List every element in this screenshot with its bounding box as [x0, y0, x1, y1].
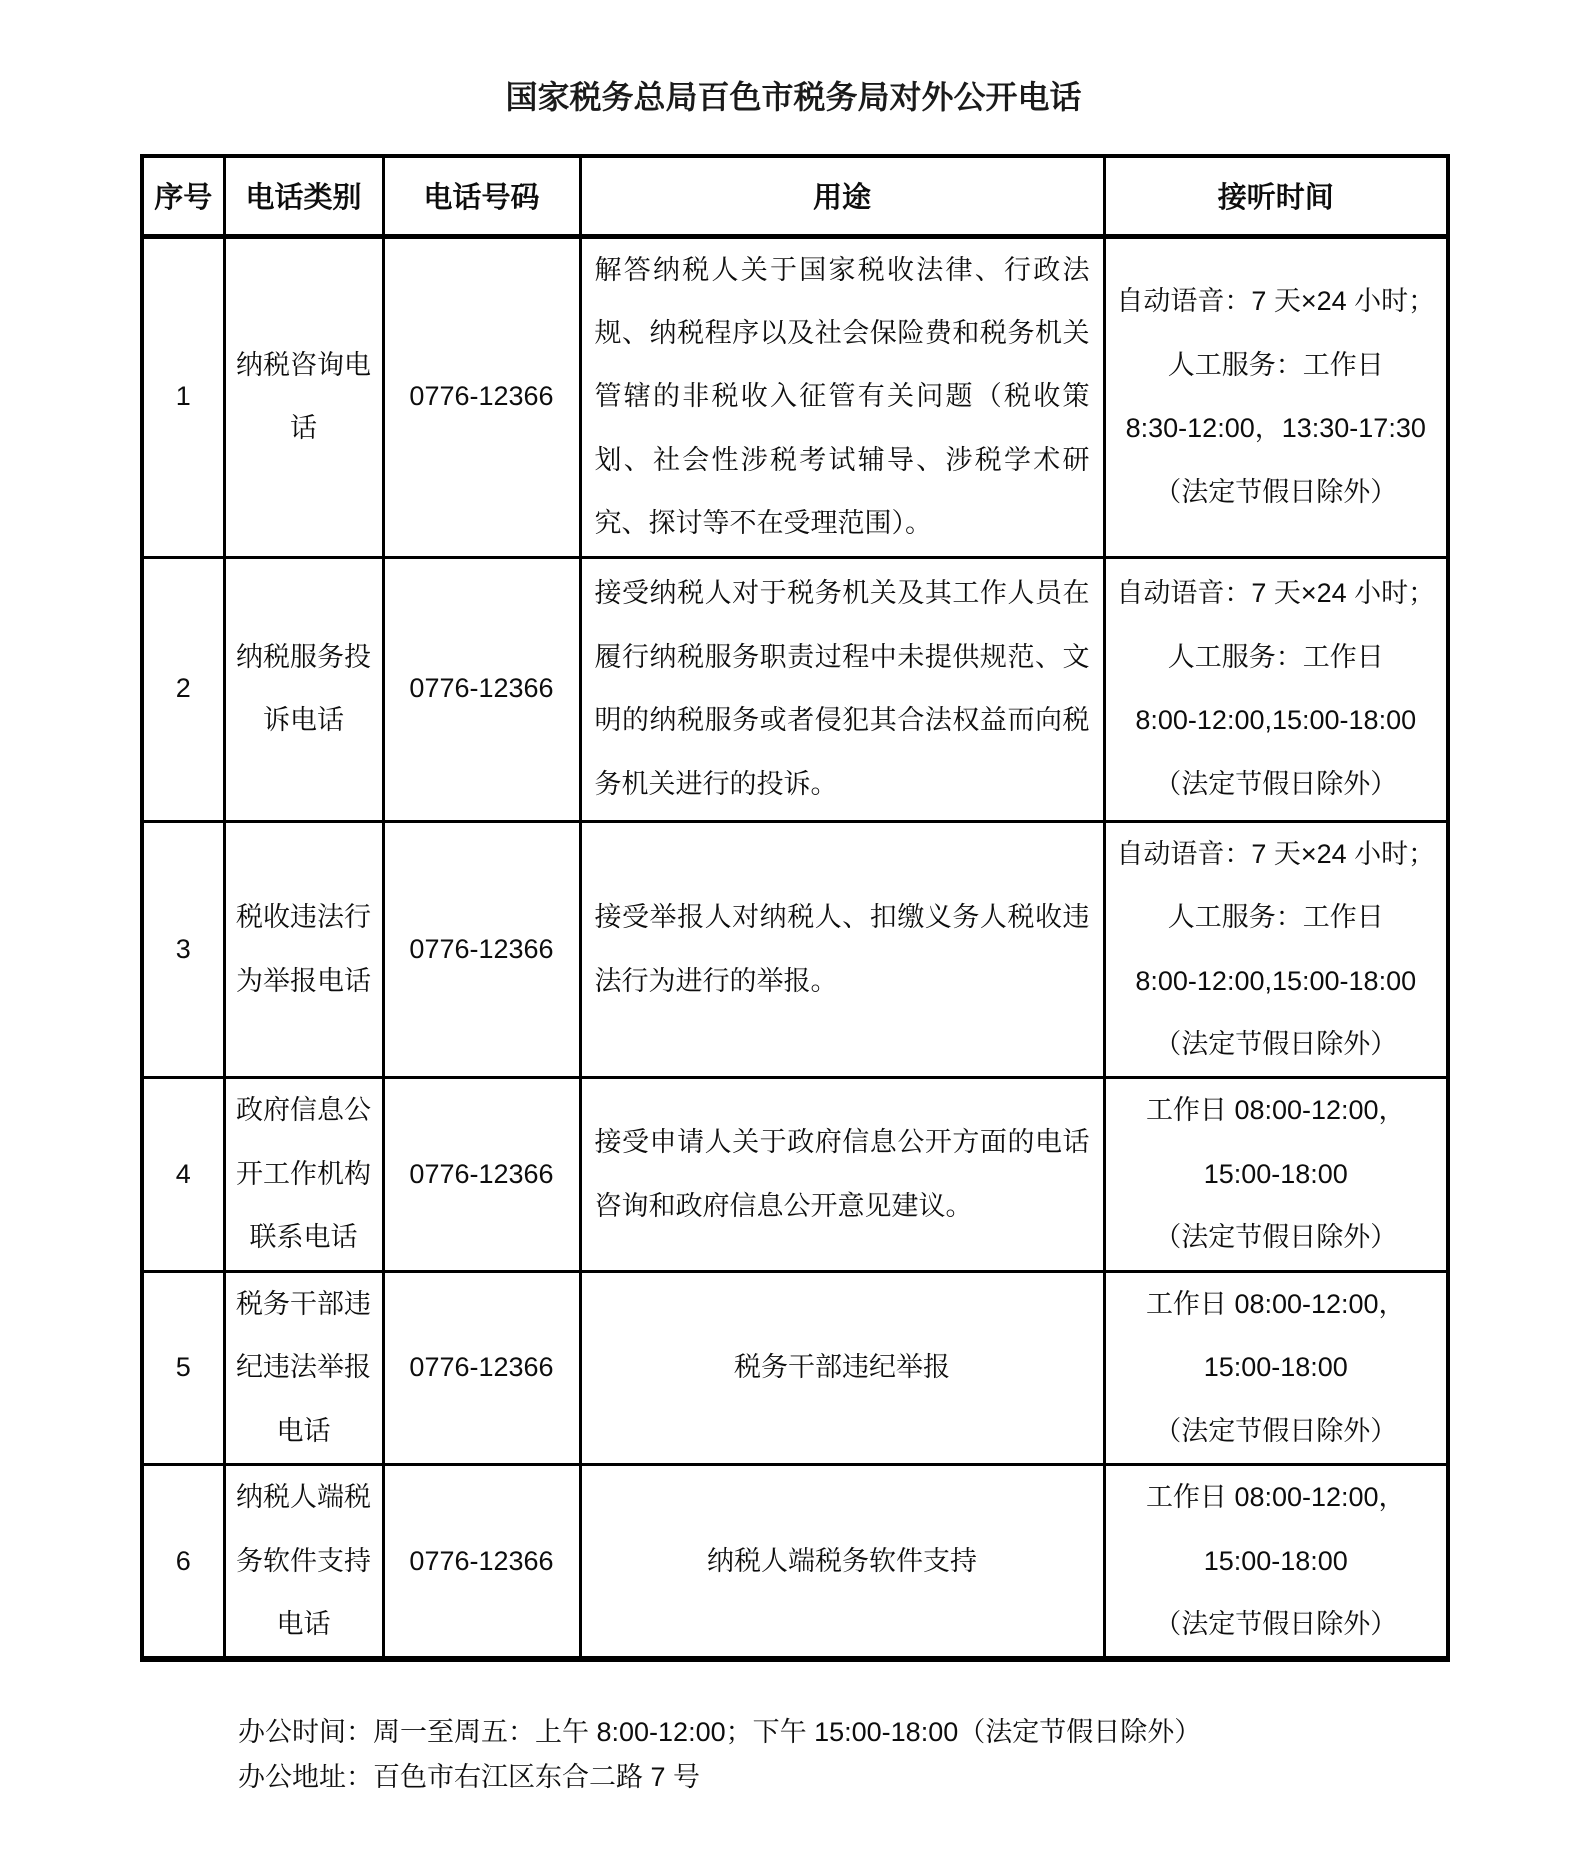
- time-line: 人工服务：工作日: [1112, 626, 1441, 689]
- time-line: （法定节假日除外）: [1112, 753, 1441, 816]
- cell-phone-number: 0776-12366: [383, 557, 580, 821]
- cell-purpose: 接受举报人对纳税人、扣缴义务人税收违法行为进行的举报。: [580, 821, 1104, 1078]
- office-address-note: 办公地址：百色市右江区东合二路 7 号: [238, 1755, 1587, 1800]
- time-line: 工作日 08:00-12:00，: [1112, 1079, 1441, 1142]
- table-row: 5 税务干部违纪违法举报电话 0776-12366 税务干部违纪举报 工作日 0…: [142, 1271, 1448, 1464]
- cell-purpose: 纳税人端税务软件支持: [580, 1465, 1104, 1660]
- col-header-seq: 序号: [142, 156, 224, 236]
- table-row: 3 税收违法行为举报电话 0776-12366 接受举报人对纳税人、扣缴义务人税…: [142, 821, 1448, 1078]
- time-line: 8:00-12:00,15:00-18:00: [1112, 689, 1441, 752]
- cell-answer-time: 自动语音：7 天×24 小时； 人工服务：工作日 8:00-12:00,15:0…: [1104, 557, 1448, 821]
- time-line: 15:00-18:00: [1112, 1530, 1441, 1593]
- time-line: （法定节假日除外）: [1112, 1593, 1441, 1656]
- table-row: 1 纳税咨询电话 0776-12366 解答纳税人关于国家税收法律、行政法规、纳…: [142, 236, 1448, 557]
- cell-answer-time: 工作日 08:00-12:00， 15:00-18:00 （法定节假日除外）: [1104, 1271, 1448, 1464]
- col-header-time: 接听时间: [1104, 156, 1448, 236]
- cell-seq: 5: [142, 1271, 224, 1464]
- time-line: 人工服务：工作日: [1112, 334, 1441, 397]
- cell-purpose: 解答纳税人关于国家税收法律、行政法规、纳税程序以及社会保险费和税务机关管辖的非税…: [580, 236, 1104, 557]
- footer-notes: 办公时间：周一至周五：上午 8:00-12:00；下午 15:00-18:00（…: [238, 1710, 1587, 1799]
- cell-phone-number: 0776-12366: [383, 236, 580, 557]
- cell-category: 税务干部违纪违法举报电话: [224, 1271, 383, 1464]
- document-page: 国家税务总局百色市税务局对外公开电话 序号 电话类别 电话号码 用途 接听时间 …: [0, 0, 1587, 1868]
- cell-purpose: 接受纳税人对于税务机关及其工作人员在履行纳税服务职责过程中未提供规范、文明的纳税…: [580, 557, 1104, 821]
- cell-category: 纳税咨询电话: [224, 236, 383, 557]
- time-line: 人工服务：工作日: [1112, 886, 1441, 949]
- cell-seq: 2: [142, 557, 224, 821]
- time-line: 自动语音：7 天×24 小时；: [1112, 562, 1441, 625]
- time-line: （法定节假日除外）: [1112, 1400, 1441, 1463]
- cell-answer-time: 工作日 08:00-12:00， 15:00-18:00 （法定节假日除外）: [1104, 1078, 1448, 1271]
- cell-phone-number: 0776-12366: [383, 821, 580, 1078]
- time-line: 15:00-18:00: [1112, 1336, 1441, 1399]
- col-header-purpose: 用途: [580, 156, 1104, 236]
- time-line: 工作日 08:00-12:00，: [1112, 1273, 1441, 1336]
- table-row: 6 纳税人端税务软件支持电话 0776-12366 纳税人端税务软件支持 工作日…: [142, 1465, 1448, 1660]
- time-line: 8:30-12:00，13:30-17:30: [1112, 397, 1441, 460]
- page-title: 国家税务总局百色市税务局对外公开电话: [0, 0, 1587, 118]
- time-line: 自动语音：7 天×24 小时；: [1112, 823, 1441, 886]
- time-line: 工作日 08:00-12:00，: [1112, 1466, 1441, 1529]
- cell-phone-number: 0776-12366: [383, 1271, 580, 1464]
- cell-category: 税收违法行为举报电话: [224, 821, 383, 1078]
- time-line: 8:00-12:00,15:00-18:00: [1112, 950, 1441, 1013]
- time-line: 15:00-18:00: [1112, 1143, 1441, 1206]
- cell-seq: 4: [142, 1078, 224, 1271]
- cell-seq: 1: [142, 236, 224, 557]
- col-header-category: 电话类别: [224, 156, 383, 236]
- time-line: （法定节假日除外）: [1112, 461, 1441, 524]
- cell-seq: 6: [142, 1465, 224, 1660]
- cell-phone-number: 0776-12366: [383, 1078, 580, 1271]
- time-line: （法定节假日除外）: [1112, 1013, 1441, 1076]
- office-hours-note: 办公时间：周一至周五：上午 8:00-12:00；下午 15:00-18:00（…: [238, 1710, 1587, 1755]
- time-line: 自动语音：7 天×24 小时；: [1112, 270, 1441, 333]
- cell-category: 纳税服务投诉电话: [224, 557, 383, 821]
- col-header-phone: 电话号码: [383, 156, 580, 236]
- cell-seq: 3: [142, 821, 224, 1078]
- cell-purpose: 接受申请人关于政府信息公开方面的电话咨询和政府信息公开意见建议。: [580, 1078, 1104, 1271]
- time-line: （法定节假日除外）: [1112, 1206, 1441, 1269]
- cell-answer-time: 自动语音：7 天×24 小时； 人工服务：工作日 8:30-12:00，13:3…: [1104, 236, 1448, 557]
- cell-category: 纳税人端税务软件支持电话: [224, 1465, 383, 1660]
- public-phone-table: 序号 电话类别 电话号码 用途 接听时间 1 纳税咨询电话 0776-12366…: [140, 154, 1450, 1662]
- cell-answer-time: 自动语音：7 天×24 小时； 人工服务：工作日 8:00-12:00,15:0…: [1104, 821, 1448, 1078]
- table-row: 4 政府信息公开工作机构联系电话 0776-12366 接受申请人关于政府信息公…: [142, 1078, 1448, 1271]
- cell-answer-time: 工作日 08:00-12:00， 15:00-18:00 （法定节假日除外）: [1104, 1465, 1448, 1660]
- table-header-row: 序号 电话类别 电话号码 用途 接听时间: [142, 156, 1448, 236]
- table-row: 2 纳税服务投诉电话 0776-12366 接受纳税人对于税务机关及其工作人员在…: [142, 557, 1448, 821]
- cell-phone-number: 0776-12366: [383, 1465, 580, 1660]
- cell-purpose: 税务干部违纪举报: [580, 1271, 1104, 1464]
- cell-category: 政府信息公开工作机构联系电话: [224, 1078, 383, 1271]
